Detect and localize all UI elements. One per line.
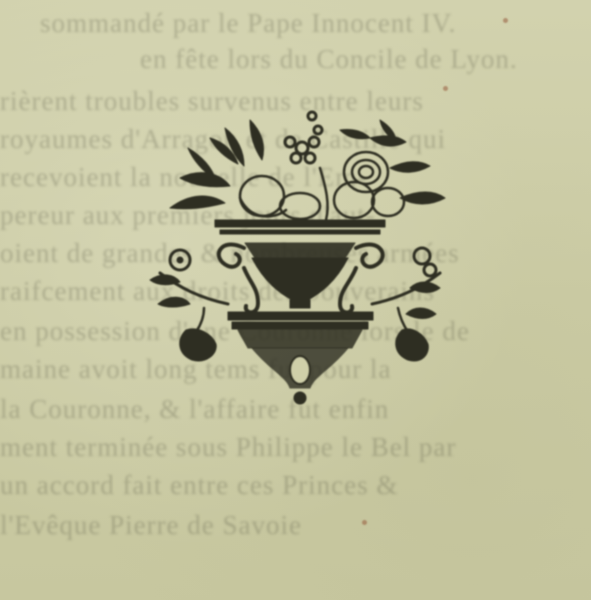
paper-foxing-spot <box>443 86 448 91</box>
paper-foxing-spot <box>503 18 508 23</box>
pedestal-icon <box>228 312 373 404</box>
bleed-line: ment terminée sous Philippe le Bel par <box>0 432 456 463</box>
bleed-line: en fête lors du Concile de Lyon. <box>140 44 518 75</box>
paper-foxing-spot <box>362 520 367 525</box>
flower-icon <box>285 112 322 163</box>
bleed-line: un accord fait entre ces Princes & <box>0 470 398 501</box>
leaf-spray-icon <box>170 120 445 209</box>
fruit-icon <box>240 152 404 220</box>
book-page: sommandé par le Pape Innocent IV. en fêt… <box>0 0 591 600</box>
bleed-line: sommandé par le Pape Innocent IV. <box>40 8 456 39</box>
urn-icon <box>215 220 385 313</box>
vignette-ornament-icon <box>140 108 460 408</box>
bleed-line: l'Evêque Pierre de Savoie <box>0 510 302 541</box>
